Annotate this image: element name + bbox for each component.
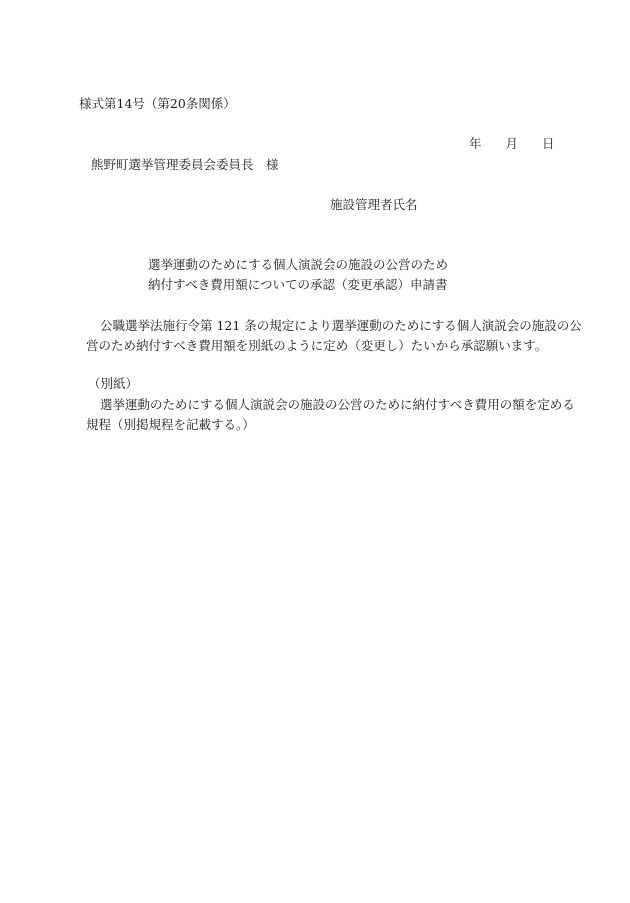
body-text-line-2: 営のため納付すべき費用額を別紙のように定め（変更し）たいから承認願います。 xyxy=(86,338,547,354)
body-text-line-1: 公職選挙法施行令第 121 条の規定により選挙運動のためにする個人演説会の施設の… xyxy=(100,318,582,334)
addressee: 熊野町選挙管理委員会委員長 様 xyxy=(91,157,279,173)
document-title-line-1: 選挙運動のためにする個人演説会の施設の公営のため xyxy=(148,257,448,273)
form-number: 様式第14号（第20条関係） xyxy=(79,96,236,112)
document-page: 様式第14号（第20条関係） 年月日 熊野町選挙管理委員会委員長 様 施設管理者… xyxy=(0,0,630,903)
annex-text-line-2: 規程（別掲規程を記載する。） xyxy=(86,417,255,433)
annex-text-line-1: 選挙運動のためにする個人演説会の施設の公営のために納付すべき費用の額を定める xyxy=(100,397,575,413)
day-label: 日 xyxy=(542,136,555,152)
date-line: 年月日 xyxy=(469,136,555,152)
document-title-line-2: 納付すべき費用額についての承認（変更承認）申請書 xyxy=(148,277,448,293)
applicant-name-label: 施設管理者氏名 xyxy=(330,197,418,213)
month-label: 月 xyxy=(506,136,519,152)
year-label: 年 xyxy=(469,136,482,152)
annex-label: （別紙） xyxy=(88,376,138,392)
